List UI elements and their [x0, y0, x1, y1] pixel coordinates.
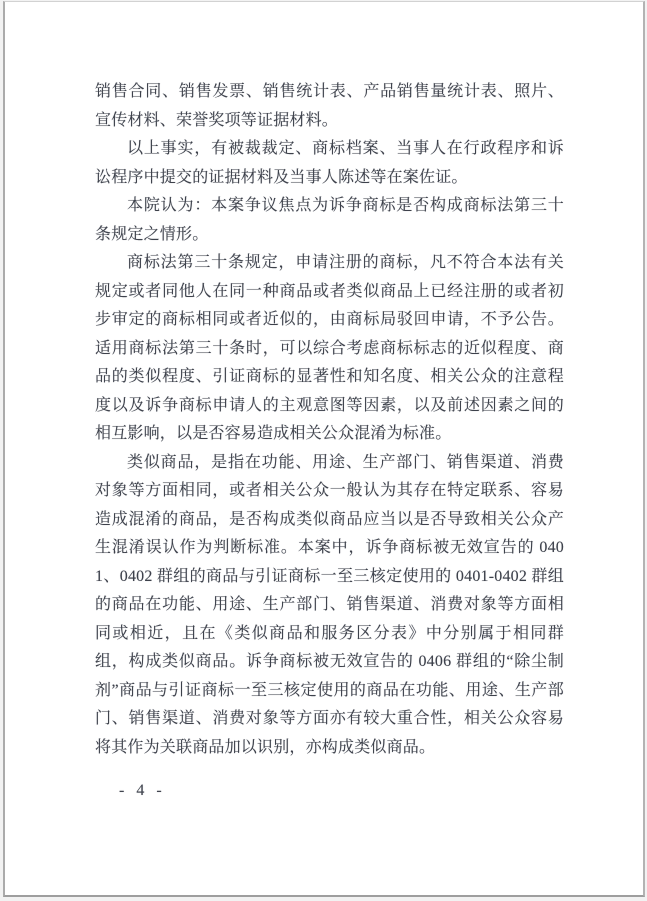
paragraph-trademark-law-article-30: 商标法第三十条规定，申请注册的商标，凡不符合本法有关规定或者同他人在同一种商品或… — [95, 249, 564, 449]
paragraph-court-opinion-focus: 本院认为：本案争议焦点为诉争商标是否构成商标法第三十条规定之情形。 — [95, 192, 564, 249]
document-page: 销售合同、销售发票、销售统计表、产品销售量统计表、照片、宣传材料、荣誉奖项等证据… — [3, 1, 645, 897]
page-number: - 4 - — [119, 777, 564, 806]
paragraph-facts-corroboration: 以上事实，有被裁裁定、商标档案、当事人在行政程序和诉讼程序中提交的证据材料及当事… — [95, 135, 564, 192]
paragraph-similar-goods-analysis: 类似商品，是指在功能、用途、生产部门、销售渠道、消费对象等方面相同，或者相关公众… — [95, 449, 564, 763]
document-body: 销售合同、销售发票、销售统计表、产品销售量统计表、照片、宣传材料、荣誉奖项等证据… — [95, 78, 564, 806]
paragraph-evidence-list-continuation: 销售合同、销售发票、销售统计表、产品销售量统计表、照片、宣传材料、荣誉奖项等证据… — [95, 78, 564, 135]
